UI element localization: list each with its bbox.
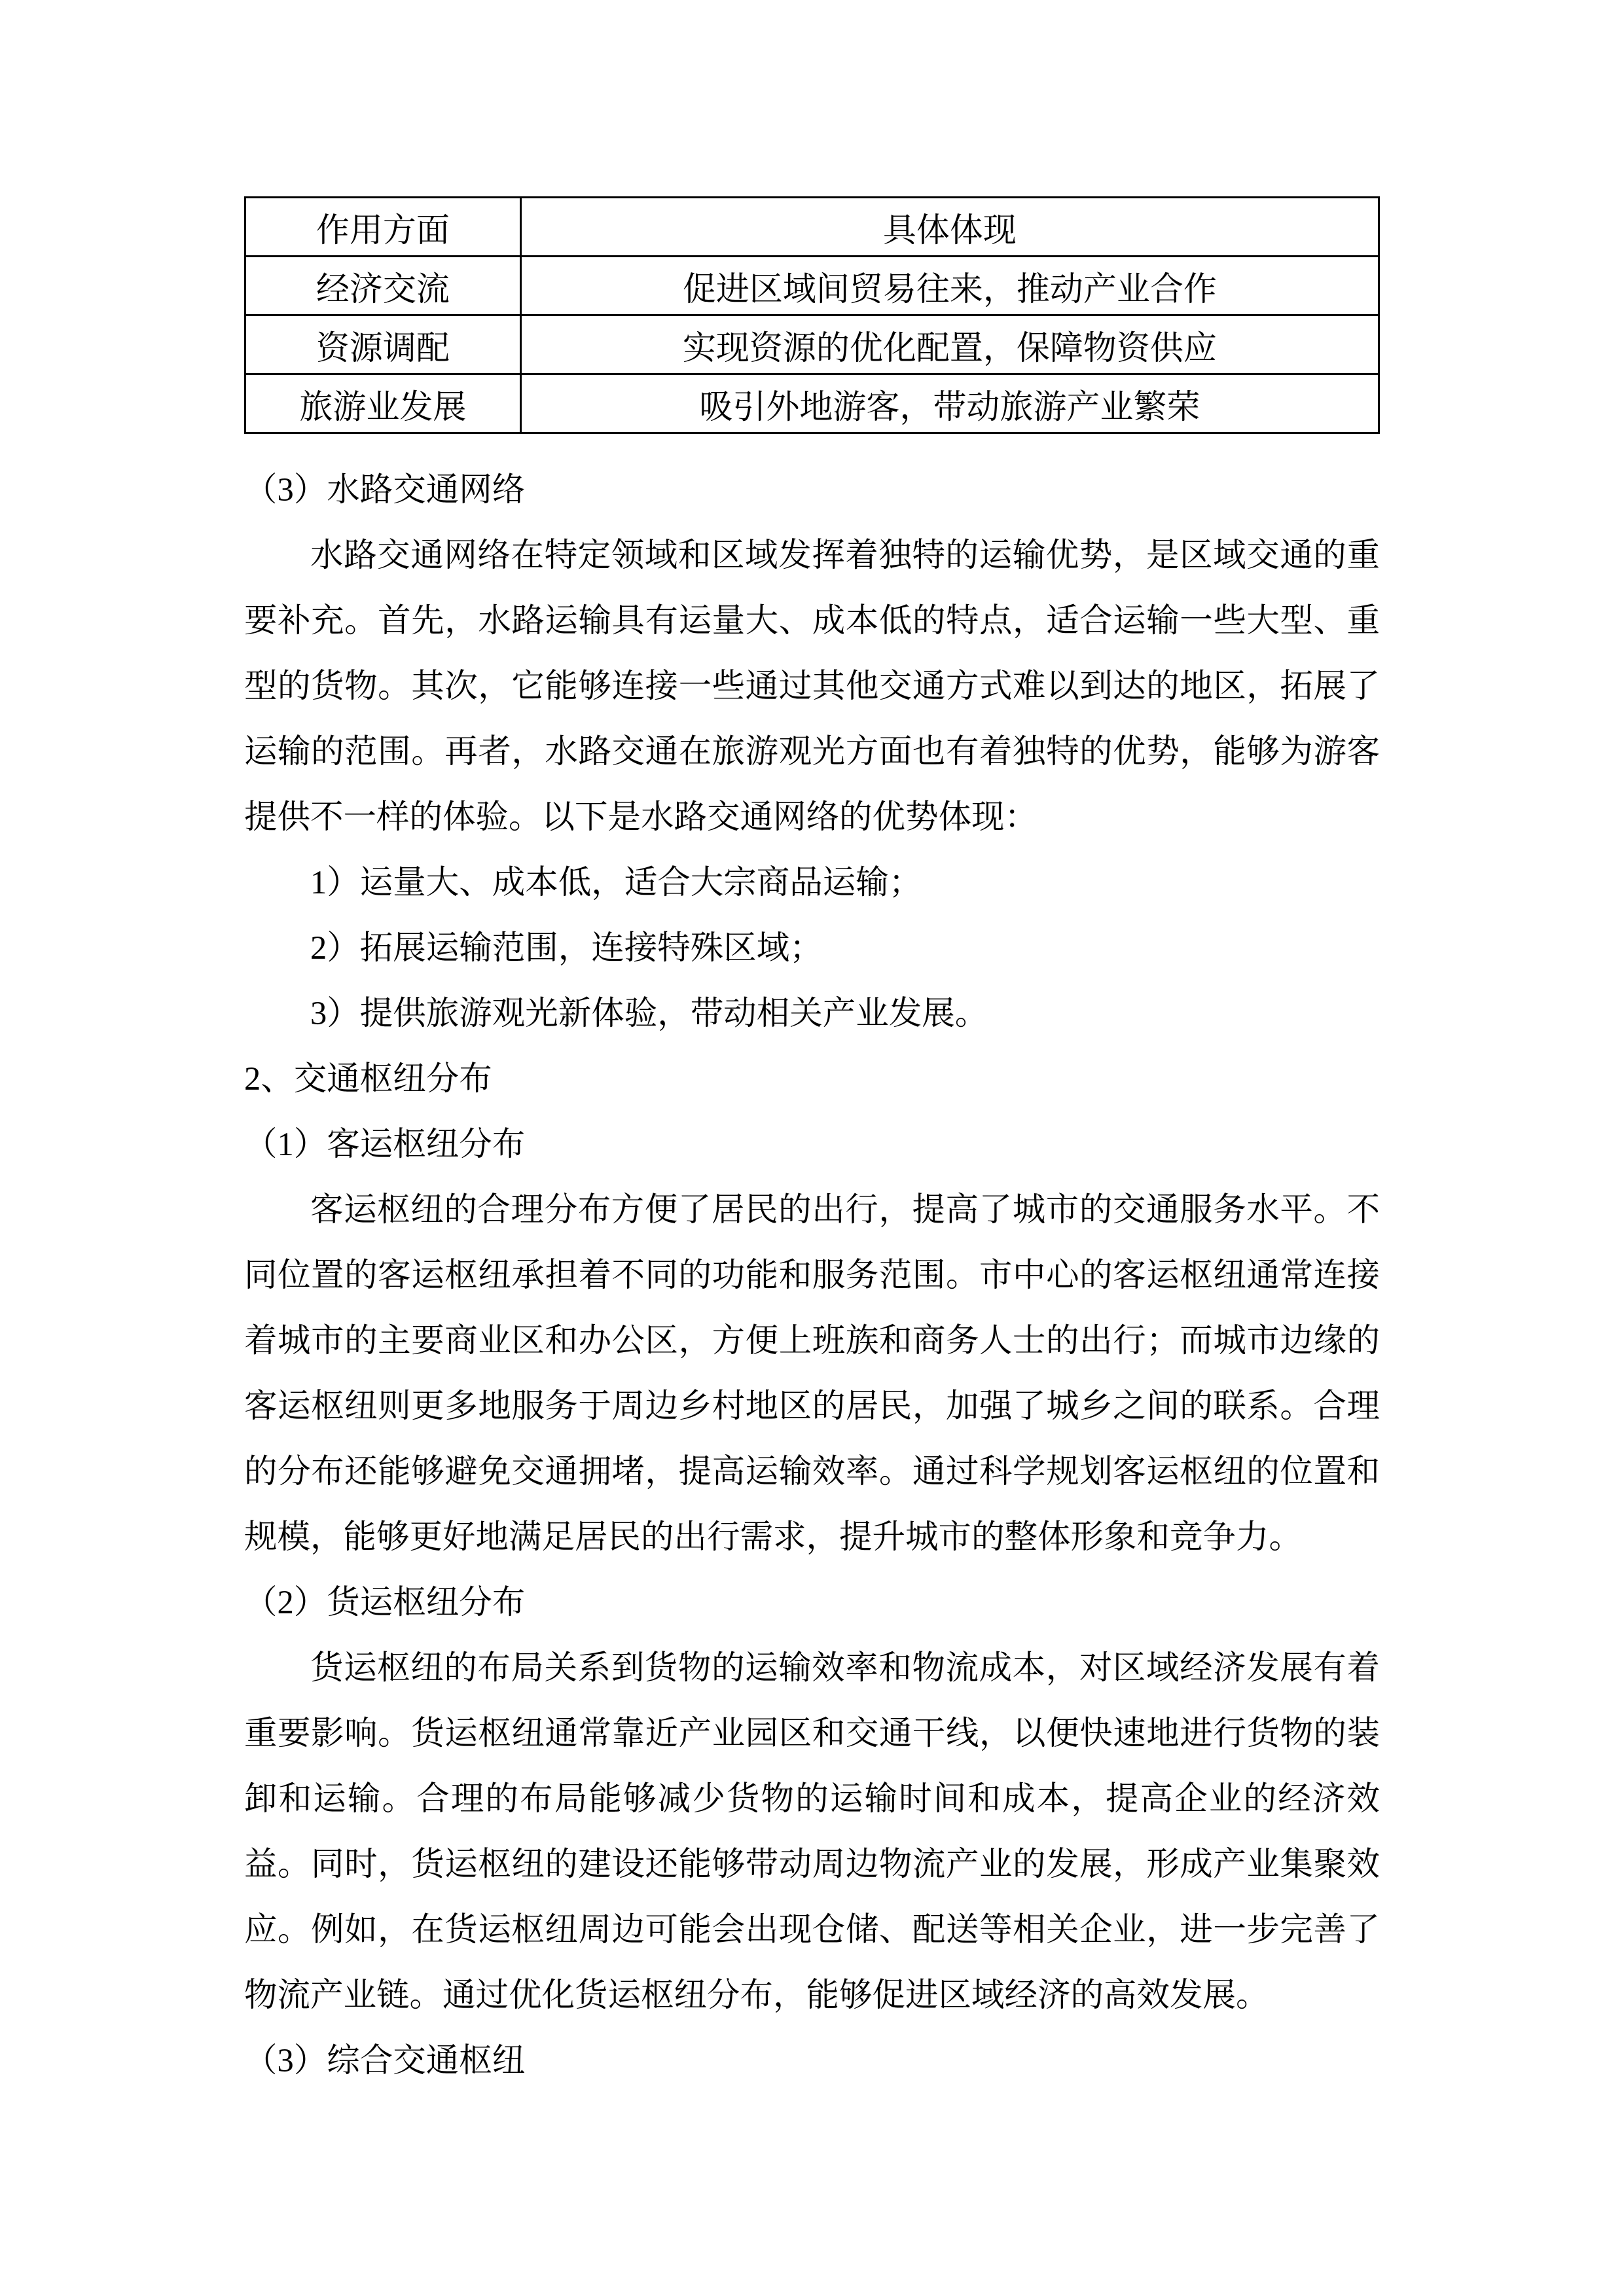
effects-table: 作用方面 具体体现 经济交流 促进区域间贸易往来，推动产业合作 资源调配 实现资… <box>244 196 1380 434</box>
list-item-capacity: 1）运量大、成本低，适合大宗商品运输； <box>244 850 1380 915</box>
list-item-range: 2）拓展运输范围，连接特殊区域； <box>244 915 1380 980</box>
table-cell-detail: 促进区域间贸易往来，推动产业合作 <box>520 257 1379 315</box>
list-item-tourism: 3）提供旅游观光新体验，带动相关产业发展。 <box>244 980 1380 1046</box>
heading-water-transport-network: （3）水路交通网络 <box>244 457 1380 522</box>
table-row: 旅游业发展 吸引外地游客，带动旅游产业繁荣 <box>245 374 1379 433</box>
heading-passenger-hub: （1）客运枢纽分布 <box>244 1111 1380 1177</box>
document-page: 作用方面 具体体现 经济交流 促进区域间贸易往来，推动产业合作 资源调配 实现资… <box>0 0 1624 2296</box>
heading-freight-hub: （2）货运枢纽分布 <box>244 1570 1380 1635</box>
table-row: 资源调配 实现资源的优化配置，保障物资供应 <box>245 315 1379 374</box>
table-cell-detail: 吸引外地游客，带动旅游产业繁荣 <box>520 374 1379 433</box>
paragraph-freight-hub: 货运枢纽的布局关系到货物的运输效率和物流成本，对区域经济发展有着重要影响。货运枢… <box>244 1635 1380 2028</box>
paragraph-water-transport-network: 水路交通网络在特定领域和区域发挥着独特的运输优势，是区域交通的重要补充。首先，水… <box>244 522 1380 850</box>
table-cell-aspect: 资源调配 <box>245 315 521 374</box>
paragraph-passenger-hub: 客运枢纽的合理分布方便了居民的出行，提高了城市的交通服务水平。不同位置的客运枢纽… <box>244 1177 1380 1570</box>
heading-hub-distribution: 2、交通枢纽分布 <box>244 1046 1380 1111</box>
table-cell-aspect: 经济交流 <box>245 257 521 315</box>
table-cell-detail: 实现资源的优化配置，保障物资供应 <box>520 315 1379 374</box>
table-header-detail: 具体体现 <box>520 198 1379 257</box>
heading-comprehensive-hub: （3）综合交通枢纽 <box>244 2028 1380 2093</box>
table-cell-aspect: 旅游业发展 <box>245 374 521 433</box>
table-header-aspect: 作用方面 <box>245 198 521 257</box>
table-header-row: 作用方面 具体体现 <box>245 198 1379 257</box>
table-row: 经济交流 促进区域间贸易往来，推动产业合作 <box>245 257 1379 315</box>
